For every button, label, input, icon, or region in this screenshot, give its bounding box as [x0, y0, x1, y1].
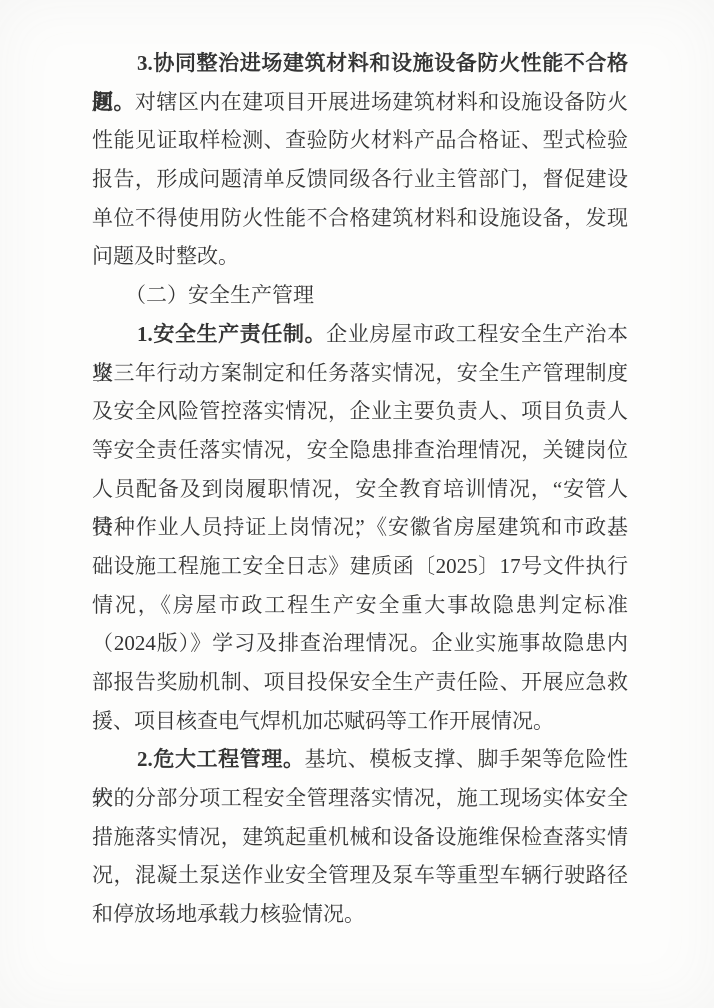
text-line: 情况，《房屋市政工程生产安全重大事故隐患判定标准	[92, 586, 628, 625]
text-line: 坚三年行动方案制定和任务落实情况，安全生产管理制度	[92, 354, 628, 393]
line-text: 和停放场地承载力核验情况。	[92, 902, 365, 926]
text-line: 1.安全生产责任制。企业房屋市政工程安全生产治本攻	[92, 315, 628, 354]
text-line: 报告，形成问题清单反馈同级各行业主管部门，督促建设	[92, 160, 628, 199]
line-text: 大的分部分项工程安全管理落实情况，施工现场实体安全	[92, 786, 628, 810]
line-text: 报告，形成问题清单反馈同级各行业主管部门，督促建设	[92, 167, 628, 191]
line-text: 措施落实情况，建筑起重机械和设备设施维保检查落实情	[92, 825, 628, 849]
line-text: 况，混凝土泵送作业安全管理及泵车等重型车辆行驶路径	[92, 863, 628, 887]
text-line: 特种作业人员持证上岗情况，《安徽省房屋建筑和市政基	[92, 508, 628, 547]
text-line: 单位不得使用防火性能不合格建筑材料和设施设备，发现	[92, 199, 628, 238]
line-text: 单位不得使用防火性能不合格建筑材料和设施设备，发现	[92, 206, 628, 230]
line-text: 性能见证取样检测、查验防火材料产品合格证、型式检验	[92, 128, 628, 152]
heading-text: （二）安全生产管理	[125, 283, 314, 307]
line-text: 等安全责任落实情况，安全隐患排查治理情况，关键岗位	[92, 438, 628, 462]
line-text: 情况，《房屋市政工程生产安全重大事故隐患判定标准	[92, 593, 628, 617]
text-line: 础设施工程施工安全日志》建质函〔2025〕17号文件执行	[92, 547, 628, 586]
line-text: 对辖区内在建项目开展进场建筑材料和设施设备防火	[135, 90, 628, 114]
text-line: 援、项目核查电气焊机加芯赋码等工作开展情况。	[92, 702, 628, 741]
text-line: 问题及时整改。	[92, 237, 628, 276]
text-line: 3.协同整治进场建筑材料和设施设备防火性能不合格问	[92, 44, 628, 83]
line-text: 问题及时整改。	[92, 244, 239, 268]
text-line: 措施落实情况，建筑起重机械和设备设施维保检查落实情	[92, 818, 628, 857]
line-text: 础设施工程施工安全日志》建质函〔2025〕17号文件执行	[92, 554, 628, 578]
text-line: 及安全风险管控落实情况，企业主要负责人、项目负责人	[92, 392, 628, 431]
text-line: （2024版）》学习及排查治理情况。企业实施事故隐患内	[92, 624, 628, 663]
text-line: 和停放场地承载力核验情况。	[92, 895, 628, 934]
text-line: 部报告奖励机制、项目投保安全生产责任险、开展应急救	[92, 663, 628, 702]
line-text: 及安全风险管控落实情况，企业主要负责人、项目负责人	[92, 399, 628, 423]
line-text: 部报告奖励机制、项目投保安全生产责任险、开展应急救	[92, 670, 628, 694]
text-line: 大的分部分项工程安全管理落实情况，施工现场实体安全	[92, 779, 628, 818]
paragraph-lead: 1.安全生产责任制。	[137, 322, 326, 346]
document-page: 3.协同整治进场建筑材料和设施设备防火性能不合格问 题。对辖区内在建项目开展进场…	[0, 0, 714, 1008]
line-text: （2024版）》学习及排查治理情况。企业实施事故隐患内	[92, 631, 628, 655]
text-column: 3.协同整治进场建筑材料和设施设备防火性能不合格问 题。对辖区内在建项目开展进场…	[92, 44, 628, 934]
text-line: 等安全责任落实情况，安全隐患排查治理情况，关键岗位	[92, 431, 628, 470]
text-line: 况，混凝土泵送作业安全管理及泵车等重型车辆行驶路径	[92, 856, 628, 895]
paragraph-lead: 题。	[92, 90, 135, 114]
line-text: 援、项目核查电气焊机加芯赋码等工作开展情况。	[92, 709, 554, 733]
text-line: 2.危大工程管理。基坑、模板支撑、脚手架等危险性较	[92, 740, 628, 779]
line-text: 坚三年行动方案制定和任务落实情况，安全生产管理制度	[92, 361, 628, 385]
paragraph-lead: 2.危大工程管理。	[137, 747, 305, 771]
text-line: 性能见证取样检测、查验防火材料产品合格证、型式检验	[92, 121, 628, 160]
text-line: 题。对辖区内在建项目开展进场建筑材料和设施设备防火	[92, 83, 628, 122]
line-text: 特种作业人员持证上岗情况，《安徽省房屋建筑和市政基	[92, 515, 628, 539]
section-heading: （二）安全生产管理	[92, 276, 628, 315]
text-line: 人员配备及到岗履职情况，安全教育培训情况，“安管人员”、	[92, 470, 628, 509]
